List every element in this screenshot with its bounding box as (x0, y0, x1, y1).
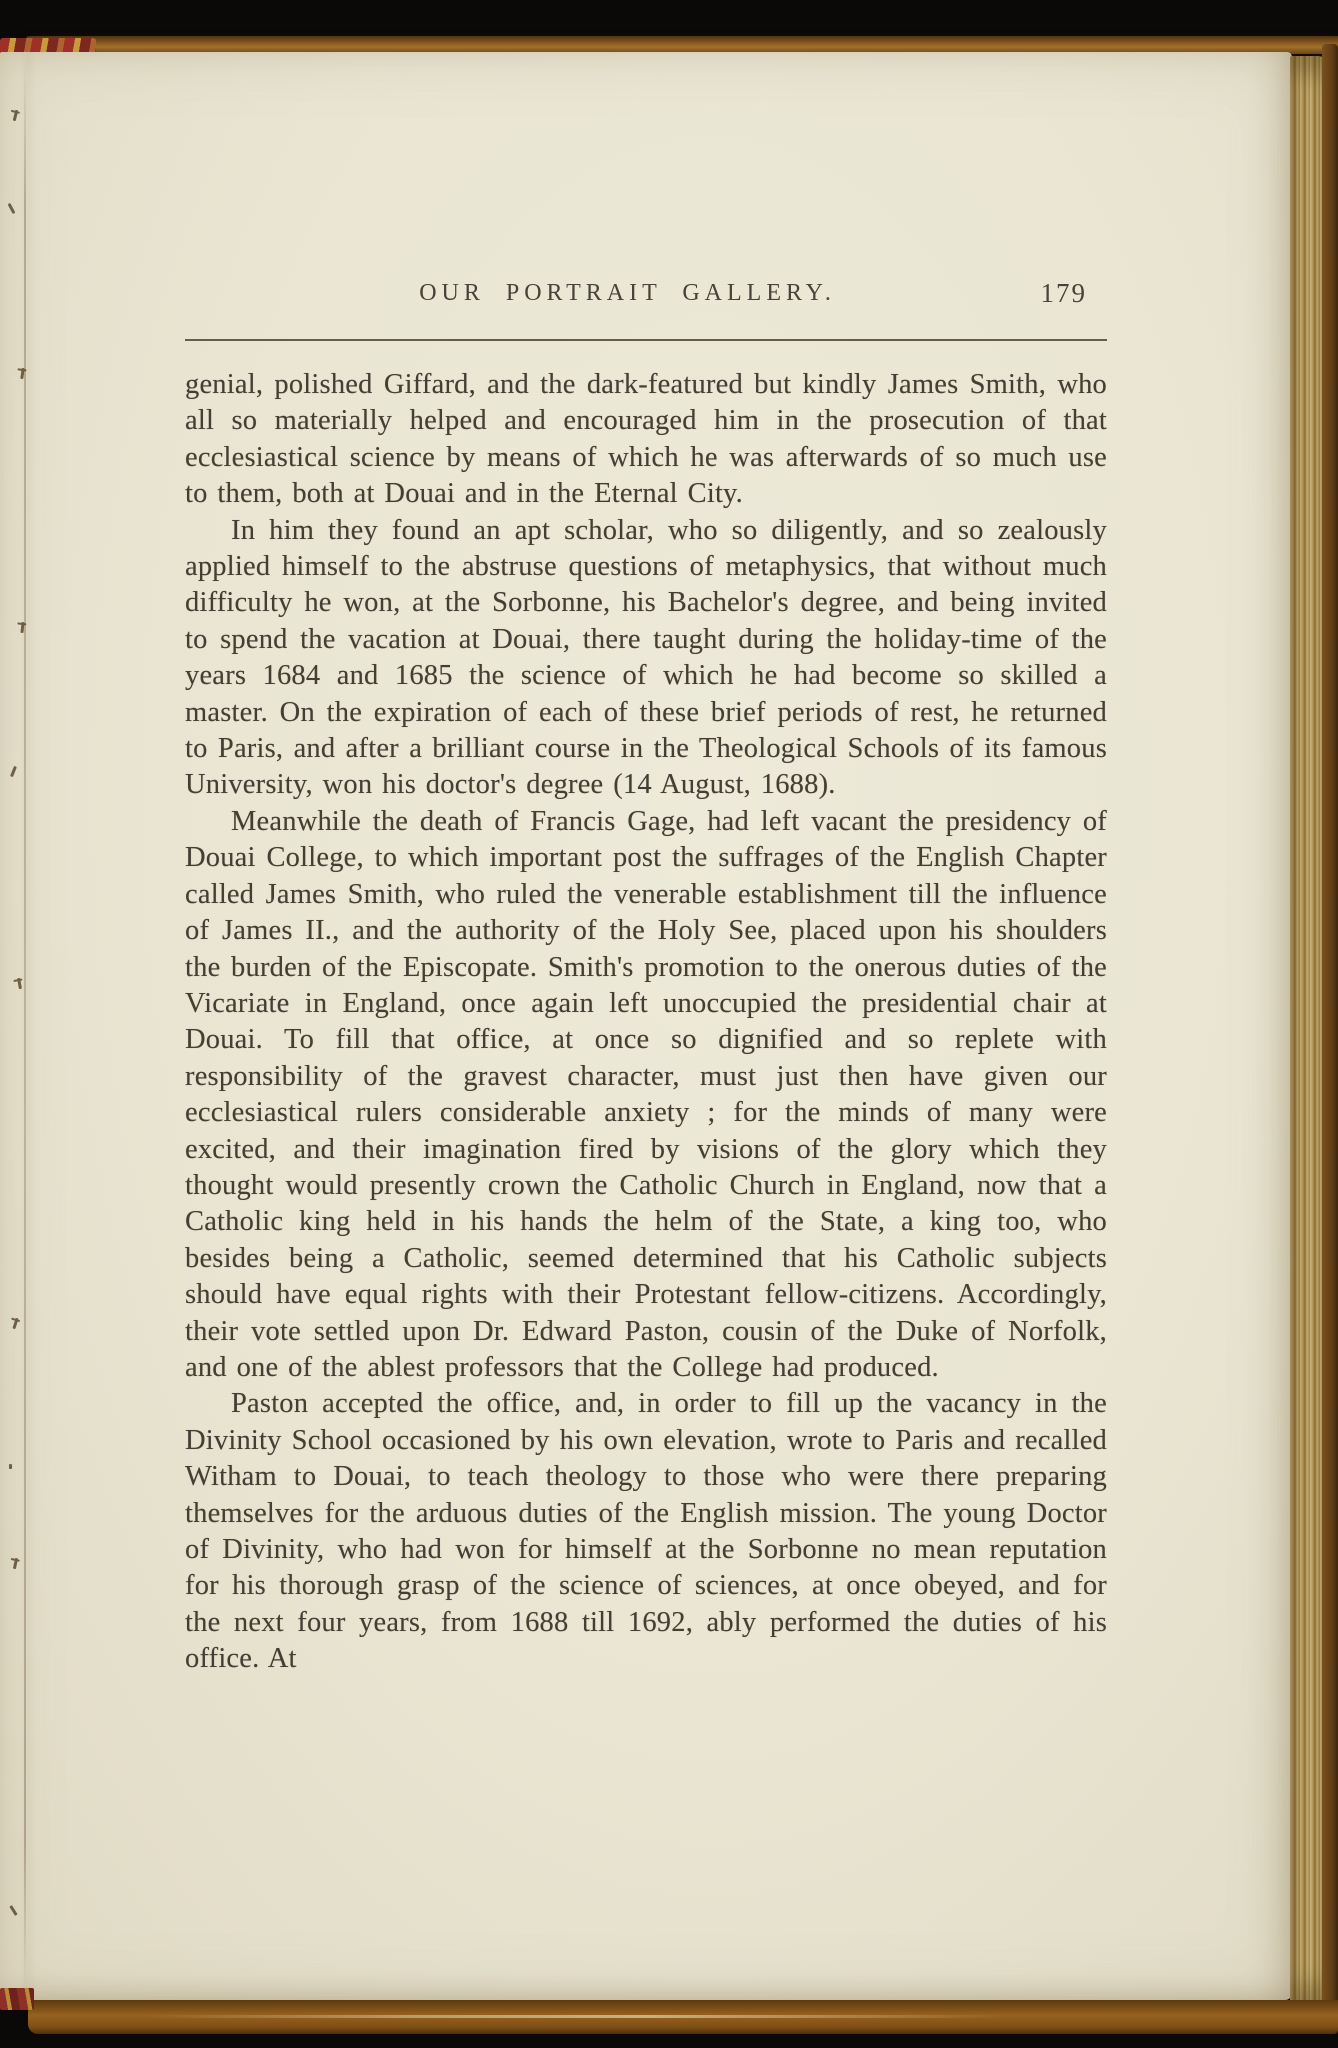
page-content: OUR PORTRAIT GALLERY. 179 genial, polish… (185, 274, 1107, 1678)
running-header-title: OUR PORTRAIT GALLERY. (419, 280, 836, 307)
book-page: OUR PORTRAIT GALLERY. 179 genial, polish… (0, 52, 1292, 2000)
paragraph: Paston accepted the office, and, in orde… (185, 1386, 1107, 1677)
paragraph: Meanwhile the death of Francis Gage, had… (185, 804, 1107, 1387)
paragraph: In him they found an apt scholar, who so… (185, 513, 1107, 804)
marbled-page-edge-bottom-left (0, 1988, 34, 2010)
paragraph: genial, polished Giffard, and the dark-f… (185, 367, 1107, 513)
header-divider-rule (185, 339, 1107, 341)
book-cover-bottom-edge (28, 2000, 1338, 2034)
scanned-book-photo: OUR PORTRAIT GALLERY. 179 genial, polish… (0, 0, 1338, 2048)
page-gutter-crease (24, 52, 26, 2000)
binding-mark (17, 978, 22, 989)
page-number: 179 (1041, 278, 1088, 309)
book-cover-right-edge (1322, 44, 1338, 2022)
binding-mark (9, 1464, 12, 1469)
body-text: genial, polished Giffard, and the dark-f… (185, 367, 1107, 1678)
running-header: OUR PORTRAIT GALLERY. 179 (185, 274, 1107, 318)
